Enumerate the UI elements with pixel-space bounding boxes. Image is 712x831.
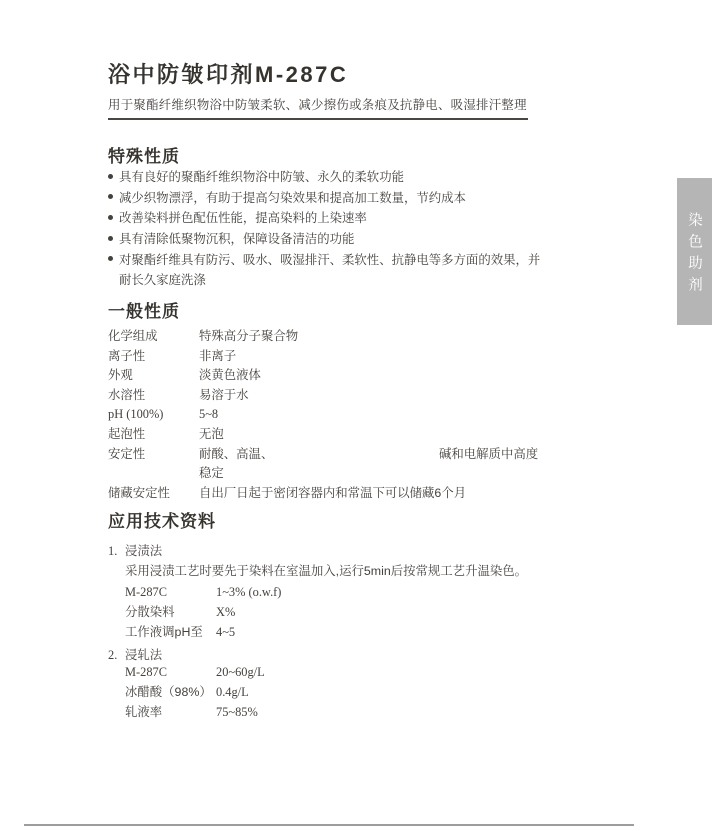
- list-item-continuation: 耐长久家庭洗涤: [108, 269, 648, 290]
- bullet-text: 耐长久家庭洗涤: [119, 270, 206, 288]
- recipe-value: 75~85%: [216, 702, 258, 723]
- bullet-text: 具有清除低聚物沉积，保障设备清洁的功能: [119, 229, 354, 247]
- list-item: 对聚酯纤维具有防污、吸水、吸湿排汗、柔软性、抗静电等多方面的效果，并: [108, 248, 648, 269]
- bullet-icon: [108, 194, 113, 199]
- property-label: 起泡性: [108, 425, 145, 445]
- property-value: 淡黄色液体: [199, 366, 261, 386]
- recipe-label: 冰醋酸（98%）: [125, 682, 212, 703]
- recipe-value: 1~3% (o.w.f): [216, 582, 281, 603]
- bullet-text: 对聚酯纤维具有防污、吸水、吸湿排汗、柔软性、抗静电等多方面的效果，并: [119, 250, 540, 268]
- bullet-text: 减少织物漂浮，有助于提高匀染效果和提高加工数量，节约成本: [119, 188, 466, 206]
- bullet-text: 改善染料拼色配伍性能，提高染料的上染速率: [119, 208, 367, 226]
- section-heading-application: 应用技术资料: [108, 511, 216, 533]
- property-label: 离子性: [108, 347, 145, 367]
- method-number: 2.: [108, 645, 117, 666]
- page-footer-rule: [24, 824, 634, 826]
- list-item: 具有清除低聚物沉积，保障设备清洁的功能: [108, 228, 648, 249]
- title-underline: [108, 118, 528, 120]
- recipe-value: 0.4g/L: [216, 682, 249, 703]
- special-properties-list: 具有良好的聚酯纤维织物浴中防皱、永久的柔软功能 减少织物漂浮，有助于提高匀染效果…: [108, 166, 648, 290]
- method-name: 浸渍法: [125, 541, 162, 562]
- section-heading-special-properties: 特殊性质: [108, 146, 180, 168]
- page-subtitle: 用于聚酯纤维织物浴中防皱柔软、减少擦伤或条痕及抗静电、吸湿排汗整理: [108, 97, 527, 114]
- property-value: 5~8: [199, 405, 218, 425]
- bullet-text: 具有良好的聚酯纤维织物浴中防皱、永久的柔软功能: [119, 167, 404, 185]
- property-value: 自出厂日起于密闭容器内和常温下可以储藏6个月: [199, 484, 466, 504]
- recipe-label: M-287C: [125, 662, 167, 683]
- property-label: 储藏安定性: [108, 484, 170, 504]
- section-heading-general-properties: 一般性质: [108, 301, 180, 323]
- property-value-right: 碱和电解质中高度: [439, 445, 538, 465]
- page-title: 浴中防皱印剂M-287C: [108, 60, 348, 90]
- list-item: 改善染料拼色配伍性能，提高染料的上染速率: [108, 207, 648, 228]
- category-tab-label: 染色助剂: [684, 212, 705, 298]
- property-row: 安定性 耐酸、高温、 碱和电解质中高度 稳定: [108, 445, 653, 485]
- recipe-label: M-287C: [125, 582, 167, 603]
- recipe-label: 分散染料: [125, 602, 175, 623]
- property-value: 无泡: [199, 425, 224, 445]
- recipe-label: 轧液率: [125, 702, 162, 723]
- property-label: 化学组成: [108, 327, 158, 347]
- recipe-value: 20~60g/L: [216, 662, 265, 683]
- category-tab: 染色助剂: [677, 178, 712, 325]
- property-value-line2: 稳定: [199, 464, 224, 484]
- bullet-icon: [108, 174, 113, 179]
- bullet-icon: [108, 236, 113, 241]
- property-label: 外观: [108, 366, 133, 386]
- recipe-value: X%: [216, 602, 235, 623]
- method-number: 1.: [108, 541, 117, 562]
- method-description: 采用浸渍工艺时要先于染料在室温加入,运行5min后按常规工艺升温染色。: [125, 561, 527, 582]
- property-label: 水溶性: [108, 386, 145, 406]
- property-value: 易溶于水: [199, 386, 249, 406]
- recipe-label: 工作液调pH至: [125, 622, 203, 643]
- list-item: 减少织物漂浮，有助于提高匀染效果和提高加工数量，节约成本: [108, 187, 648, 208]
- property-value: 非离子: [199, 347, 236, 367]
- bullet-icon: [108, 256, 113, 261]
- recipe-value: 4~5: [216, 622, 235, 643]
- property-label: 安定性: [108, 445, 145, 465]
- list-item: 具有良好的聚酯纤维织物浴中防皱、永久的柔软功能: [108, 166, 648, 187]
- datasheet-page: 浴中防皱印剂M-287C 用于聚酯纤维织物浴中防皱柔软、减少擦伤或条痕及抗静电、…: [0, 0, 712, 831]
- bullet-icon: [108, 215, 113, 220]
- property-value: 特殊高分子聚合物: [199, 327, 298, 347]
- property-value: 耐酸、高温、: [199, 445, 273, 465]
- property-label: pH (100%): [108, 405, 163, 425]
